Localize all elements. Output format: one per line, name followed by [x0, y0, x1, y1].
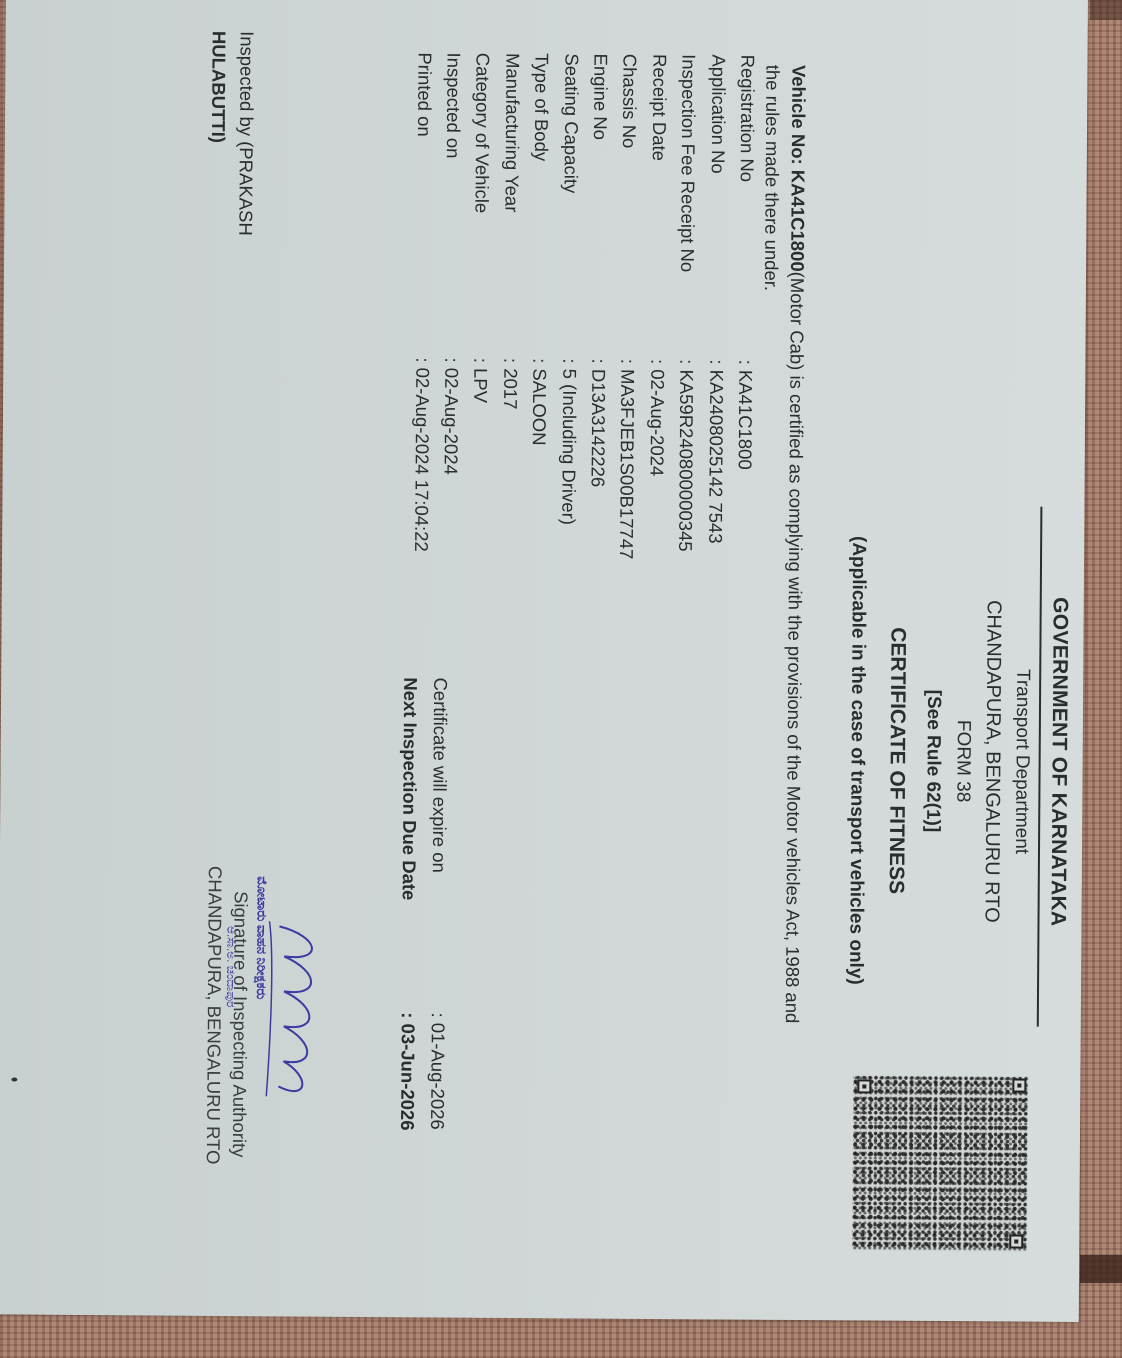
- table-row: Category of Vehicle: LPV: [465, 53, 497, 673]
- table-row: Inspected on: 02-Aug-2024: [435, 52, 467, 672]
- field-label: Inspected on: [439, 52, 468, 158]
- certificate-title: CERTIFICATE OF FITNESS: [884, 627, 910, 894]
- field-value: : 5 (Including Driver): [554, 358, 583, 525]
- expiry-date: : 01-Aug-2026: [426, 1012, 449, 1129]
- field-value: : 02-Aug-2024: [642, 359, 671, 476]
- expiry-label: Certificate will expire on: [428, 677, 451, 873]
- vehicle-number-label: Vehicle No:: [788, 65, 810, 170]
- field-value: : 02-Aug-2024 17:04:22: [407, 357, 436, 552]
- field-label: Registration No: [733, 55, 762, 183]
- header-underline: [1037, 507, 1043, 1027]
- table-row: Inspection Fee Receipt No: KA59R24080000…: [670, 54, 702, 674]
- next-inspection-label: Next Inspection Due Date: [398, 677, 422, 900]
- signature-label: Signature of Inspecting Authority: [228, 891, 252, 1158]
- vehicle-details-table: Registration No: KA41C1800Application No…: [1079, 0, 1088, 1322]
- field-label: Inspection Fee Receipt No: [673, 54, 703, 272]
- fabric-stripe: [1080, 1255, 1122, 1283]
- field-value: : SALOON: [525, 358, 554, 446]
- field-value: : KA2408025142 7543: [701, 359, 730, 543]
- field-value: : D13A3142226: [584, 358, 613, 487]
- field-value: : KA41C1800: [731, 360, 760, 470]
- form-number: FORM 38: [951, 720, 974, 803]
- table-row: Chassis No: MA3FJEB1S00B17747: [612, 54, 644, 674]
- field-label: Printed on: [410, 52, 439, 137]
- field-label: Manufacturing Year: [497, 53, 526, 213]
- rubber-stamp-line1: ಮೋಟಾರು ವಾಹನ ನಿರೀಕ್ಷಕರು: [253, 876, 270, 999]
- inspected-by: Inspected by (PRAKASH: [235, 31, 257, 236]
- certificate-subtitle: (Applicable in the case of transport veh…: [844, 536, 869, 985]
- table-row: Seating Capacity: 5 (Including Driver): [553, 53, 585, 673]
- ink-speck: [11, 1078, 17, 1082]
- field-value: : 02-Aug-2024: [437, 357, 466, 474]
- field-label: Type of Body: [527, 53, 556, 161]
- statement-text: (Motor Cab) is certified as complying wi…: [782, 272, 808, 1024]
- field-label: Engine No: [586, 54, 615, 141]
- department-name: Transport Department: [1010, 669, 1033, 854]
- fabric-stripe: [1090, 0, 1122, 20]
- table-row: Registration No: KA41C1800: [729, 55, 761, 675]
- field-value: : 2017: [496, 358, 524, 410]
- table-row: Printed on: 02-Aug-2024 17:04:22: [406, 52, 438, 672]
- government-heading: GOVERNMENT OF KARNATAKA: [1045, 597, 1071, 926]
- field-label: Receipt Date: [645, 54, 674, 161]
- table-row: Engine No: D13A3142226: [582, 54, 614, 674]
- field-value: : LPV: [467, 358, 495, 403]
- table-row: Application No: KA2408025142 7543: [700, 54, 732, 674]
- field-label: Chassis No: [615, 54, 644, 149]
- vehicle-number: KA41C1800: [787, 170, 809, 272]
- field-label: Application No: [703, 54, 732, 173]
- next-inspection-date: : 03-Jun-2026: [396, 1012, 419, 1130]
- table-row: Type of Body: SALOON: [523, 53, 555, 673]
- qr-code-icon: [852, 1075, 1028, 1251]
- field-value: : KA59R240800000345: [671, 359, 700, 552]
- table-row: Receipt Date: 02-Aug-2024: [641, 54, 673, 674]
- certification-statement-line2: the rules made there under.: [760, 65, 784, 291]
- certification-statement-line1: Vehicle No: KA41C1800(Motor Cab) is cert…: [781, 65, 810, 1023]
- fitness-certificate-document: GOVERNMENT OF KARNATAKA Transport Depart…: [0, 0, 1088, 1322]
- signature-office: CHANDAPURA, BENGALURU RTO: [202, 866, 226, 1165]
- field-label: Seating Capacity: [556, 53, 585, 193]
- field-value: : MA3FJEB1S00B17747: [612, 359, 641, 560]
- inspector-line1: Inspected by (PRAKASH: [234, 31, 257, 236]
- field-label: Category of Vehicle: [468, 53, 497, 214]
- rule-reference: [See Rule 62(1)]: [921, 690, 944, 833]
- inspector-name: HULABUTTI): [207, 31, 230, 143]
- office-name: CHANDAPURA, BENGALURU RTO: [980, 600, 1005, 923]
- table-row: Manufacturing Year: 2017: [494, 53, 526, 673]
